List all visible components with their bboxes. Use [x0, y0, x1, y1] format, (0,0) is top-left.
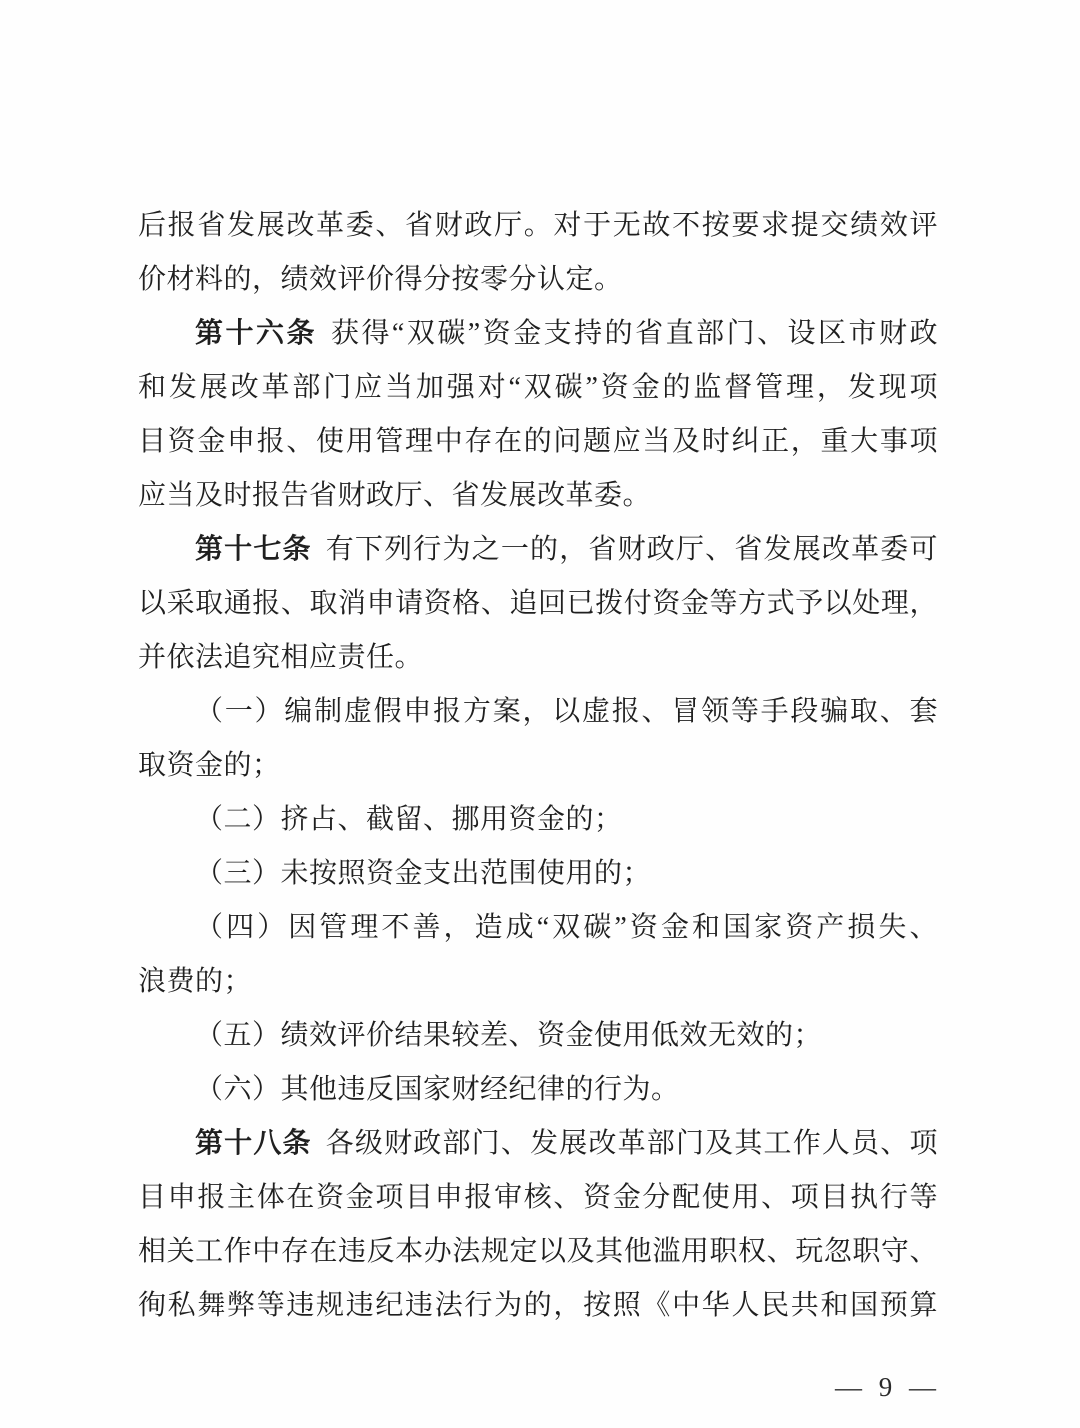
text-line: 价材料的，绩效评价得分按零分认定。 — [138, 253, 938, 307]
line-text: 有下列行为之一的，省财政厅、省发展改革委可 — [326, 534, 938, 565]
text-line: 相关工作中存在违反本办法规定以及其他滥用职权、玩忽职守、 — [138, 1225, 938, 1279]
list-item-4-continuation: 浪费的； — [138, 955, 938, 1009]
text-line: 目资金申报、使用管理中存在的问题应当及时纠正，重大事项 — [138, 415, 938, 469]
text-line: 应当及时报告省财政厅、省发展改革委。 — [138, 469, 938, 523]
list-item-2-line: （二）挤占、截留、挪用资金的； — [138, 793, 938, 847]
article-17-heading-line: 第十七条有下列行为之一的，省财政厅、省发展改革委可 — [138, 523, 938, 577]
article-17-number: 第十七条 — [195, 534, 312, 565]
list-item-3-line: （三）未按照资金支出范围使用的； — [138, 847, 938, 901]
page-number: — 9 — — [835, 1372, 938, 1402]
document-text-block: 后报省发展改革委、省财政厅。对于无故不按要求提交绩效评 价材料的，绩效评价得分按… — [138, 199, 938, 1333]
line-text: 各级财政部门、发展改革部门及其工作人员、项 — [326, 1128, 938, 1159]
list-item-6-line: （六）其他违反国家财经纪律的行为。 — [138, 1063, 938, 1117]
document-page: 后报省发展改革委、省财政厅。对于无故不按要求提交绩效评 价材料的，绩效评价得分按… — [0, 0, 1080, 1428]
list-item-1-continuation: 取资金的； — [138, 739, 938, 793]
text-line: 后报省发展改革委、省财政厅。对于无故不按要求提交绩效评 — [138, 199, 938, 253]
text-line: 目申报主体在资金项目申报审核、资金分配使用、项目执行等 — [138, 1171, 938, 1225]
list-item-4-line: （四）因管理不善，造成“双碳”资金和国家资产损失、 — [138, 901, 938, 955]
text-line: 和发展改革部门应当加强对“双碳”资金的监督管理，发现项 — [138, 361, 938, 415]
list-item-1-line: （一）编制虚假申报方案，以虚报、冒领等手段骗取、套 — [138, 685, 938, 739]
text-line: 徇私舞弊等违规违纪违法行为的，按照《中华人民共和国预算 — [138, 1279, 938, 1333]
article-16-heading-line: 第十六条获得“双碳”资金支持的省直部门、设区市财政 — [138, 307, 938, 361]
article-16-number: 第十六条 — [195, 318, 317, 349]
line-text: 获得“双碳”资金支持的省直部门、设区市财政 — [331, 318, 938, 349]
text-line: 并依法追究相应责任。 — [138, 631, 938, 685]
article-18-number: 第十八条 — [195, 1128, 312, 1159]
text-line: 以采取通报、取消申请资格、追回已拨付资金等方式予以处理， — [138, 577, 938, 631]
article-18-heading-line: 第十八条各级财政部门、发展改革部门及其工作人员、项 — [138, 1117, 938, 1171]
list-item-5-line: （五）绩效评价结果较差、资金使用低效无效的； — [138, 1009, 938, 1063]
